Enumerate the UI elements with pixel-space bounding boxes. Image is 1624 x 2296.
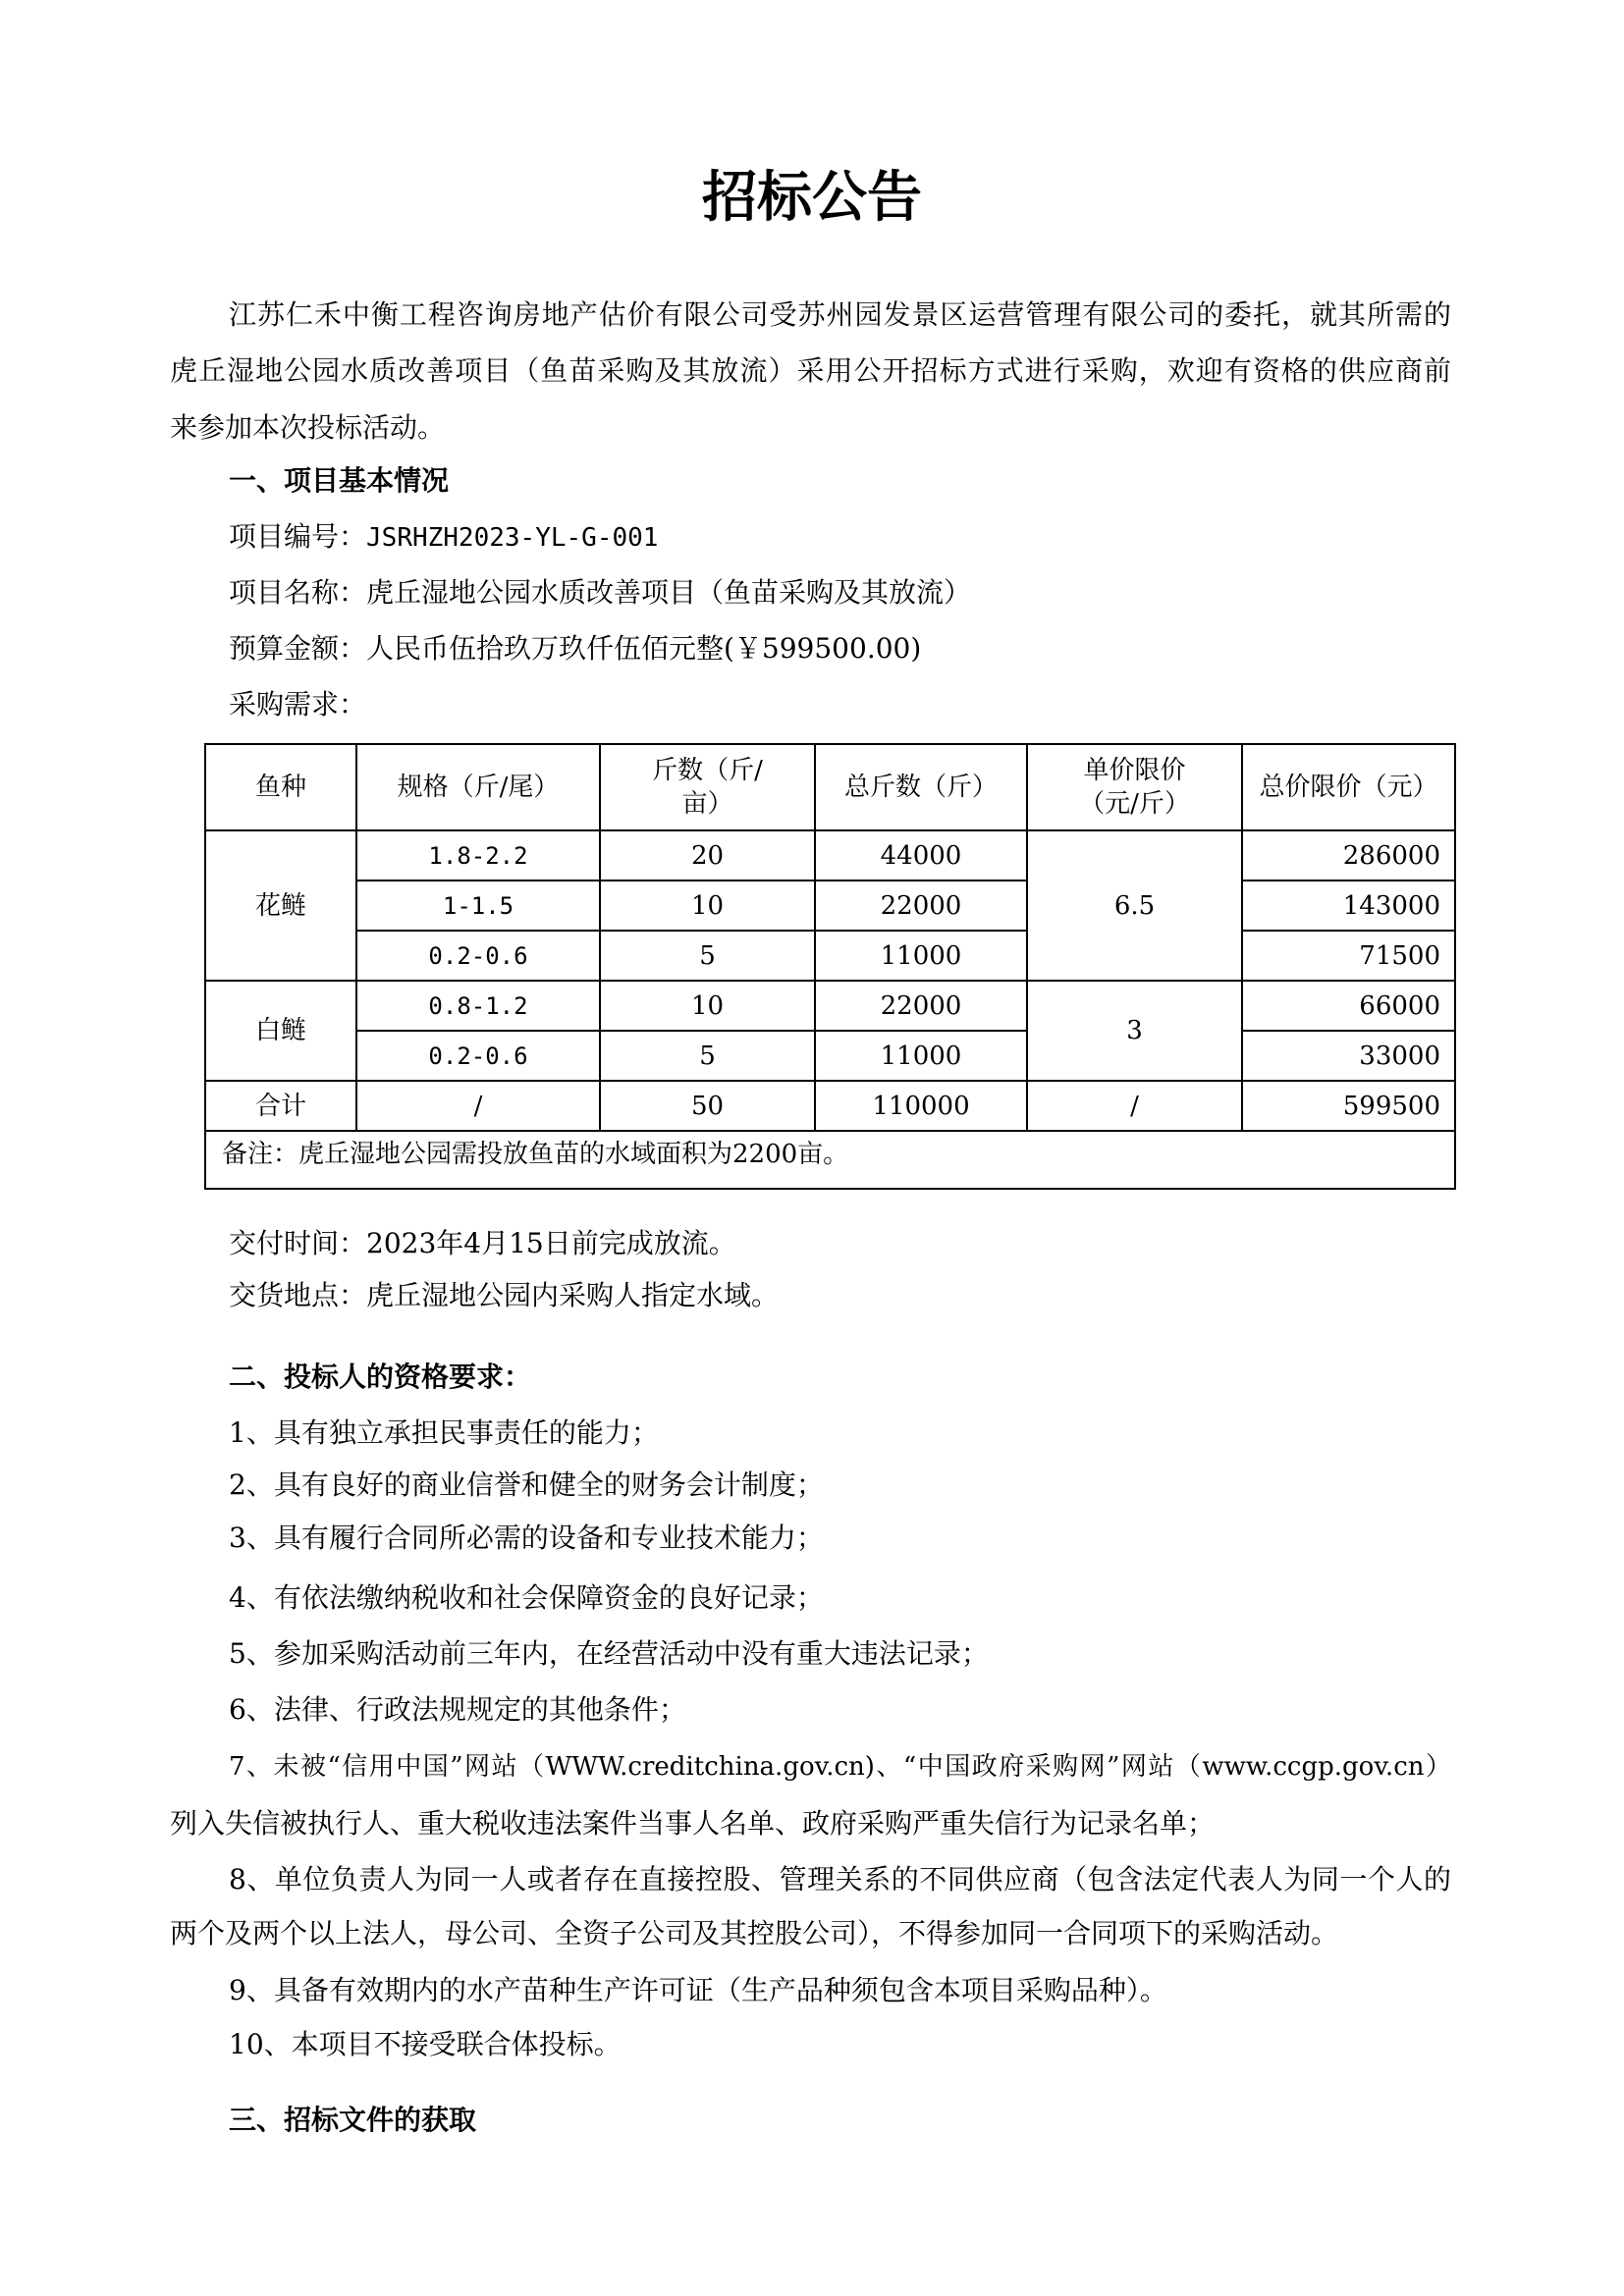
spec-cell: 1.8-2.2	[356, 830, 600, 881]
total-jin-cell: 22000	[815, 881, 1027, 931]
header-total-jin: 总斤数（斤）	[815, 744, 1027, 830]
section-2-heading: 二、投标人的资格要求：	[170, 1358, 1451, 1397]
page-title: 招标公告	[0, 165, 1624, 232]
intro-line-1: 江苏仁禾中衡工程咨询房地产估价有限公司受苏州园发景区运营管理有限公司的委托，就其…	[170, 295, 1451, 335]
table-header-row: 鱼种 规格（斤/尾） 斤数（斤/ 亩） 总斤数（斤） 单价限价 （元/斤） 总价…	[205, 744, 1455, 830]
total-unit-price-cell: /	[1027, 1081, 1242, 1131]
table-row: 0.2-0.6 5 11000 33000	[205, 1031, 1455, 1081]
total-price-cell: 143000	[1242, 881, 1455, 931]
header-unit-price: 单价限价 （元/斤）	[1027, 744, 1242, 830]
table-row: 白鲢 0.8-1.2 10 22000 3 66000	[205, 981, 1455, 1031]
qualification-item-10: 10、本项目不接受联合体投标。	[170, 2025, 1451, 2064]
total-per-mu-cell: 50	[600, 1081, 815, 1131]
qualification-item-1: 1、具有独立承担民事责任的能力；	[170, 1414, 1451, 1453]
intro-line-2: 虎丘湿地公园水质改善项目（鱼苗采购及其放流）采用公开招标方式进行采购，欢迎有资格…	[170, 351, 1451, 391]
table-note: 备注：虎丘湿地公园需投放鱼苗的水域面积为2200亩。	[205, 1131, 1455, 1189]
species-cell: 白鲢	[205, 981, 356, 1081]
unit-price-cell: 6.5	[1027, 830, 1242, 981]
spec-cell: 1-1.5	[356, 881, 600, 931]
header-spec: 规格（斤/尾）	[356, 744, 600, 830]
qualification-item-8-line-2: 两个及两个以上法人，母公司、全资子公司及其控股公司），不得参加同一合同项下的采购…	[170, 1914, 1451, 1953]
section-3-heading: 三、招标文件的获取	[170, 2101, 1451, 2140]
qualification-item-4: 4、有依法缴纳税收和社会保障资金的良好记录；	[170, 1578, 1451, 1618]
table-row: 0.2-0.6 5 11000 71500	[205, 931, 1455, 981]
total-price-cell: 66000	[1242, 981, 1455, 1031]
header-total-price: 总价限价（元）	[1242, 744, 1455, 830]
per-mu-cell: 5	[600, 931, 815, 981]
per-mu-cell: 20	[600, 830, 815, 881]
budget-amount: 预算金额：人民币伍拾玖万玖仟伍佰元整(￥599500.00)	[170, 629, 1451, 668]
per-mu-cell: 10	[600, 881, 815, 931]
table-row: 花鲢 1.8-2.2 20 44000 6.5 286000	[205, 830, 1455, 881]
project-number: 项目编号：JSRHZH2023-YL-G-001	[170, 517, 1451, 557]
total-jin-cell: 11000	[815, 1031, 1027, 1081]
project-name: 项目名称：虎丘湿地公园水质改善项目（鱼苗采购及其放流）	[170, 573, 1451, 613]
unit-price-cell: 3	[1027, 981, 1242, 1081]
spec-cell: 0.2-0.6	[356, 931, 600, 981]
header-unit-price-line-2: （元/斤）	[1028, 787, 1241, 821]
per-mu-cell: 5	[600, 1031, 815, 1081]
qualification-item-8-line-1: 8、单位负责人为同一人或者存在直接控股、管理关系的不同供应商（包含法定代表人为同…	[170, 1860, 1451, 1899]
intro-line-3: 来参加本次投标活动。	[170, 408, 1451, 448]
total-price-cell: 33000	[1242, 1031, 1455, 1081]
qualification-item-6: 6、法律、行政法规规定的其他条件；	[170, 1690, 1451, 1730]
section-1-heading: 一、项目基本情况	[170, 461, 1451, 501]
total-label-cell: 合计	[205, 1081, 356, 1131]
species-cell: 花鲢	[205, 830, 356, 981]
qualification-item-7-line-1: 7、未被“信用中国”网站（WWW.creditchina.gov.cn)、“中国…	[170, 1747, 1451, 1787]
delivery-place: 交货地点：虎丘湿地公园内采购人指定水域。	[170, 1276, 1451, 1315]
requirement-label: 采购需求：	[170, 685, 1451, 724]
header-per-mu-line-1: 斤数（斤/	[601, 754, 814, 787]
delivery-time: 交付时间：2023年4月15日前完成放流。	[170, 1224, 1451, 1263]
qualification-item-2: 2、具有良好的商业信誉和健全的财务会计制度；	[170, 1466, 1451, 1505]
project-number-value: JSRHZH2023-YL-G-001	[366, 523, 658, 553]
procurement-table: 鱼种 规格（斤/尾） 斤数（斤/ 亩） 总斤数（斤） 单价限价 （元/斤） 总价…	[204, 743, 1456, 1190]
total-price-cell: 71500	[1242, 931, 1455, 981]
project-number-label: 项目编号：	[229, 520, 366, 553]
table-row: 1-1.5 10 22000 143000	[205, 881, 1455, 931]
total-price-sum-cell: 599500	[1242, 1081, 1455, 1131]
qualification-item-9: 9、具备有效期内的水产苗种生产许可证（生产品种须包含本项目采购品种）。	[170, 1971, 1451, 2010]
total-jin-cell: 22000	[815, 981, 1027, 1031]
table-note-row: 备注：虎丘湿地公园需投放鱼苗的水域面积为2200亩。	[205, 1131, 1455, 1189]
total-jin-sum-cell: 110000	[815, 1081, 1027, 1131]
qualification-item-3: 3、具有履行合同所必需的设备和专业技术能力；	[170, 1519, 1451, 1558]
total-jin-cell: 11000	[815, 931, 1027, 981]
header-per-mu-line-2: 亩）	[601, 787, 814, 821]
spec-cell: 0.2-0.6	[356, 1031, 600, 1081]
spec-cell: 0.8-1.2	[356, 981, 600, 1031]
header-species: 鱼种	[205, 744, 356, 830]
total-spec-cell: /	[356, 1081, 600, 1131]
qualification-item-7-line-2: 列入失信被执行人、重大税收违法案件当事人名单、政府采购严重失信行为记录名单；	[170, 1804, 1451, 1843]
qualification-item-5: 5、参加采购活动前三年内，在经营活动中没有重大违法记录；	[170, 1634, 1451, 1674]
header-unit-price-line-1: 单价限价	[1028, 754, 1241, 787]
table-total-row: 合计 / 50 110000 / 599500	[205, 1081, 1455, 1131]
per-mu-cell: 10	[600, 981, 815, 1031]
total-jin-cell: 44000	[815, 830, 1027, 881]
total-price-cell: 286000	[1242, 830, 1455, 881]
header-per-mu: 斤数（斤/ 亩）	[600, 744, 815, 830]
